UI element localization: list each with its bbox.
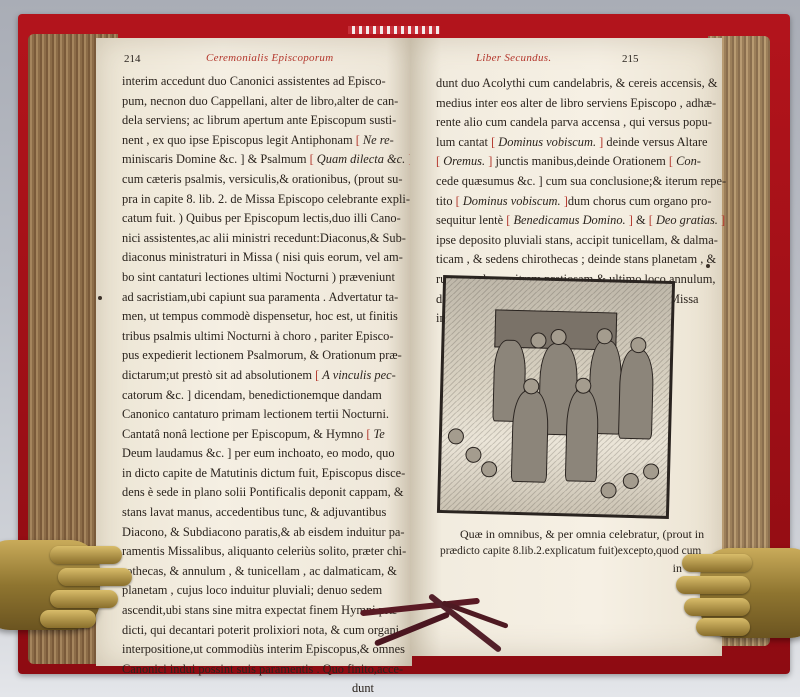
text-line: interpositione,ut commodiùs interim Epis… xyxy=(122,640,404,660)
text-line: [ Oremus. ] junctis manibus,deinde Orati… xyxy=(436,152,704,172)
text-line: Canonici indui possint suis paramentis .… xyxy=(122,660,404,680)
brass-hand-left xyxy=(0,540,100,630)
text-line: tribus psalmis ultimi Nocturni à choro ,… xyxy=(122,327,404,347)
text-line: medius inter eos alter de libro serviens… xyxy=(436,94,704,114)
text-line: stans lavat manus, accedentibus tunc, & … xyxy=(122,503,404,523)
text-line: catum fuit. ) Quibus per Episcopum lecti… xyxy=(122,209,404,229)
figure-head xyxy=(643,463,659,479)
figure xyxy=(565,389,599,482)
text-line: dens è sede in plano solii Pontificalis … xyxy=(122,483,404,503)
brass-finger xyxy=(50,546,122,564)
text-line: catorum &c. ] dicendam, benedictionemque… xyxy=(122,386,404,406)
text-line: planetam , cujus loco induitur pluviali;… xyxy=(122,581,404,601)
text-line: dicti, qui decantari poterit prolixiori … xyxy=(122,621,404,641)
text-line: ad sacristiam,ubi capiunt sua paramenta … xyxy=(122,288,404,308)
text-line: Deum laudamus &c. ] per eum inchoato, eo… xyxy=(122,444,404,464)
figure-head xyxy=(465,447,481,463)
book-headband xyxy=(348,26,440,34)
left-page: 214 Ceremonialis Episcoporum interim acc… xyxy=(96,38,412,666)
caption-line: Quæ in omnibus, & per omnia celebratur, … xyxy=(440,526,710,543)
right-page: Liber Secundus. 215 dunt duo Acolythi cu… xyxy=(410,38,722,656)
text-line: rente alio cum candela parva accensa , q… xyxy=(436,113,704,133)
text-line: cum cæteris psalmis, versiculis,& oratio… xyxy=(122,170,404,190)
text-line: nent , ex quo ipse Episcopus legit Antip… xyxy=(122,131,404,151)
page-number-right: 215 xyxy=(622,53,639,65)
figure-head xyxy=(623,473,639,489)
caption-line: prædicto capite 8.lib.2.explicatum fuit)… xyxy=(440,543,710,560)
woodcut-caption: Quæ in omnibus, & per omnia celebratur, … xyxy=(440,526,710,577)
figure xyxy=(511,390,549,483)
text-line: Canonico cantaturo primam lectionem tert… xyxy=(122,405,404,425)
woodcut-illustration xyxy=(437,275,675,519)
figure-head xyxy=(481,461,497,477)
text-line: ticam , & sedens chirothecas ; deinde st… xyxy=(436,250,704,270)
text-line: interim accedunt duo Canonici assistente… xyxy=(122,72,404,92)
text-line: miniscaris Domine &c. ] & Psalmum [ Quam… xyxy=(122,150,404,170)
brass-finger xyxy=(682,554,752,572)
text-line: sequitur lentè [ Benedicamus Domino. ] &… xyxy=(436,211,704,231)
brass-finger xyxy=(50,590,118,608)
left-page-body-text: interim accedunt duo Canonici assistente… xyxy=(122,72,404,697)
text-line: Cantatâ nonâ lectione per Episcopum, & H… xyxy=(122,425,404,445)
running-head-left: Ceremonialis Episcoporum xyxy=(206,52,333,64)
figure xyxy=(618,349,654,440)
text-line: diaconus ministraturi in Missa ( nisi qu… xyxy=(122,248,404,268)
text-line: ipse deposito pluviali stans, accipit tu… xyxy=(436,231,704,251)
catchword-right: in xyxy=(440,560,710,577)
brass-finger xyxy=(40,610,96,628)
brass-finger xyxy=(676,576,750,594)
worm-hole xyxy=(706,264,710,268)
text-line: nici assistentes,ac alii ministri recedu… xyxy=(122,229,404,249)
text-line: dela serviens; ac librum apertum ante Ep… xyxy=(122,111,404,131)
text-line: men, ut tempus commodè dispensetur, hoc … xyxy=(122,307,404,327)
text-line: rothecas, & annulum , & tunicellam , ac … xyxy=(122,562,404,582)
brass-finger xyxy=(696,618,750,636)
text-line: ramentis Missalibus, aliquanto celeriùs … xyxy=(122,542,404,562)
figure-head xyxy=(448,428,464,444)
worm-hole xyxy=(98,296,102,300)
text-line: pra in capite 8. lib. 2. de Missa Episco… xyxy=(122,190,404,210)
brass-finger xyxy=(58,568,132,586)
text-line: dictarum;ut prestò sit ad absolutionem [… xyxy=(122,366,404,386)
text-line: Diacono, & Subdiacono paratis,& ab eisde… xyxy=(122,523,404,543)
figure-head xyxy=(600,482,616,498)
page-number-left: 214 xyxy=(124,53,141,65)
catchword: dunt xyxy=(122,679,404,697)
text-line: dunt duo Acolythi cum candelabris, & cer… xyxy=(436,74,704,94)
running-head-right: Liber Secundus. xyxy=(476,52,551,64)
text-line: cede quæsumus &c. ] cum sua conclusione;… xyxy=(436,172,704,192)
text-line: in dicto capite de Matutinis dictum fuit… xyxy=(122,464,404,484)
text-line: bo sint cantaturi lectiones ultimi Noctu… xyxy=(122,268,404,288)
text-line: pus expedierit lectionem Psalmorum, & Or… xyxy=(122,346,404,366)
brass-hand-right xyxy=(700,548,800,638)
text-line: lum cantat [ Dominus vobiscum. ] deinde … xyxy=(436,133,704,153)
text-line: tito [ Dominus vobiscum. ]dum chorus cum… xyxy=(436,192,704,212)
brass-finger xyxy=(684,598,750,616)
text-line: pum, necnon duo Cappellani, alter de lib… xyxy=(122,92,404,112)
